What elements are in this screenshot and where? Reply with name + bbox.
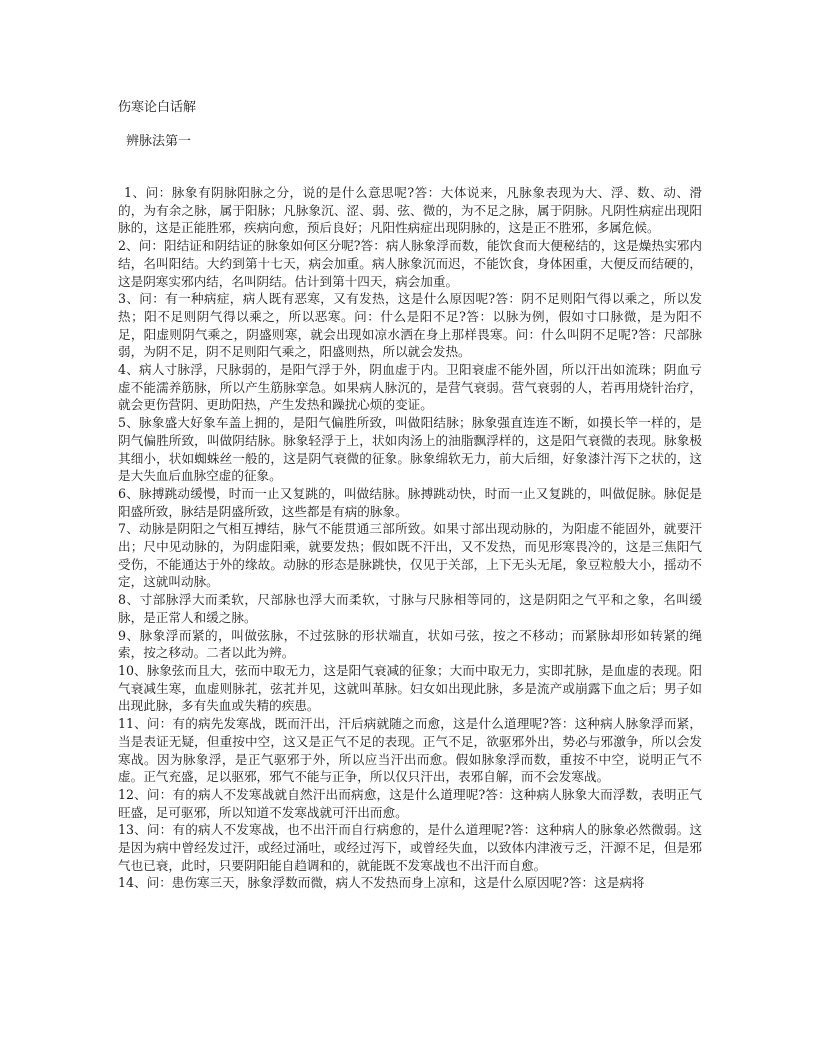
paragraph-5: 5、脉象盛大好象车盖上拥的，是阳气偏胜所致，叫做阳结脉；脉象强直连连不断，如摸长… [118, 414, 702, 485]
document-body: 1、问：脉象有阴脉阳脉之分，说的是什么意思呢?答：大体说来，凡脉象表现为大、浮、… [118, 184, 702, 892]
paragraph-7: 7、动脉是阴阳之气相互搏结，脉气不能贯通三部所致。如果寸部出现动脉的，为阳虚不能… [118, 520, 702, 591]
section-title: 辨脉法第一 [126, 133, 191, 151]
paragraph-1: 1、问：脉象有阴脉阳脉之分，说的是什么意思呢?答：大体说来，凡脉象表现为大、浮、… [118, 184, 702, 237]
paragraph-10: 10、脉象弦而且大，弦而中取无力，这是阳气衰减的征象；大而中取无力，实即芤脉，是… [118, 662, 702, 715]
paragraph-8: 8、寸部脉浮大而柔软，尺部脉也浮大而柔软，寸脉与尺脉相等同的，这是阴阳之气平和之… [118, 591, 702, 626]
paragraph-6: 6、脉搏跳动缓慢，时而一止又复跳的，叫做结脉。脉搏跳动快，时而一止又复跳的，叫做… [118, 485, 702, 520]
paragraph-4: 4、病人寸脉浮，尺脉弱的，是阳气浮于外，阴血虚于内。卫阳衰虚不能外固，所以汗出如… [118, 361, 702, 414]
paragraph-2: 2、问：阳结证和阴结证的脉象如何区分呢?答：病人脉象浮而数，能饮食而大便秘结的，… [118, 237, 702, 290]
paragraph-14: 14、问：患伤寒三天，脉象浮数而微，病人不发热而身上凉和，这是什么原因呢?答：这… [118, 874, 702, 892]
paragraph-13: 13、问：有的病人不发寒战，也不出汗而自行病愈的，是什么道理呢?答：这种病人的脉… [118, 821, 702, 874]
paragraph-12: 12、问：有的病人不发寒战就自然汗出而病愈，这是什么道理呢?答：这种病人脉象大而… [118, 786, 702, 821]
paragraph-9: 9、脉象浮而紧的，叫做弦脉，不过弦脉的形状端直，状如弓弦，按之不移动；而紧脉却形… [118, 627, 702, 662]
paragraph-11: 11、问：有的病先发寒战，既而汗出，汗后病就随之而愈，这是什么道理呢?答：这种病… [118, 715, 702, 786]
paragraph-3: 3、问：有一种病症，病人既有恶寒，又有发热，这是什么原因呢?答：阴不足则阳气得以… [118, 290, 702, 361]
document-title: 伤寒论白话解 [118, 99, 196, 117]
